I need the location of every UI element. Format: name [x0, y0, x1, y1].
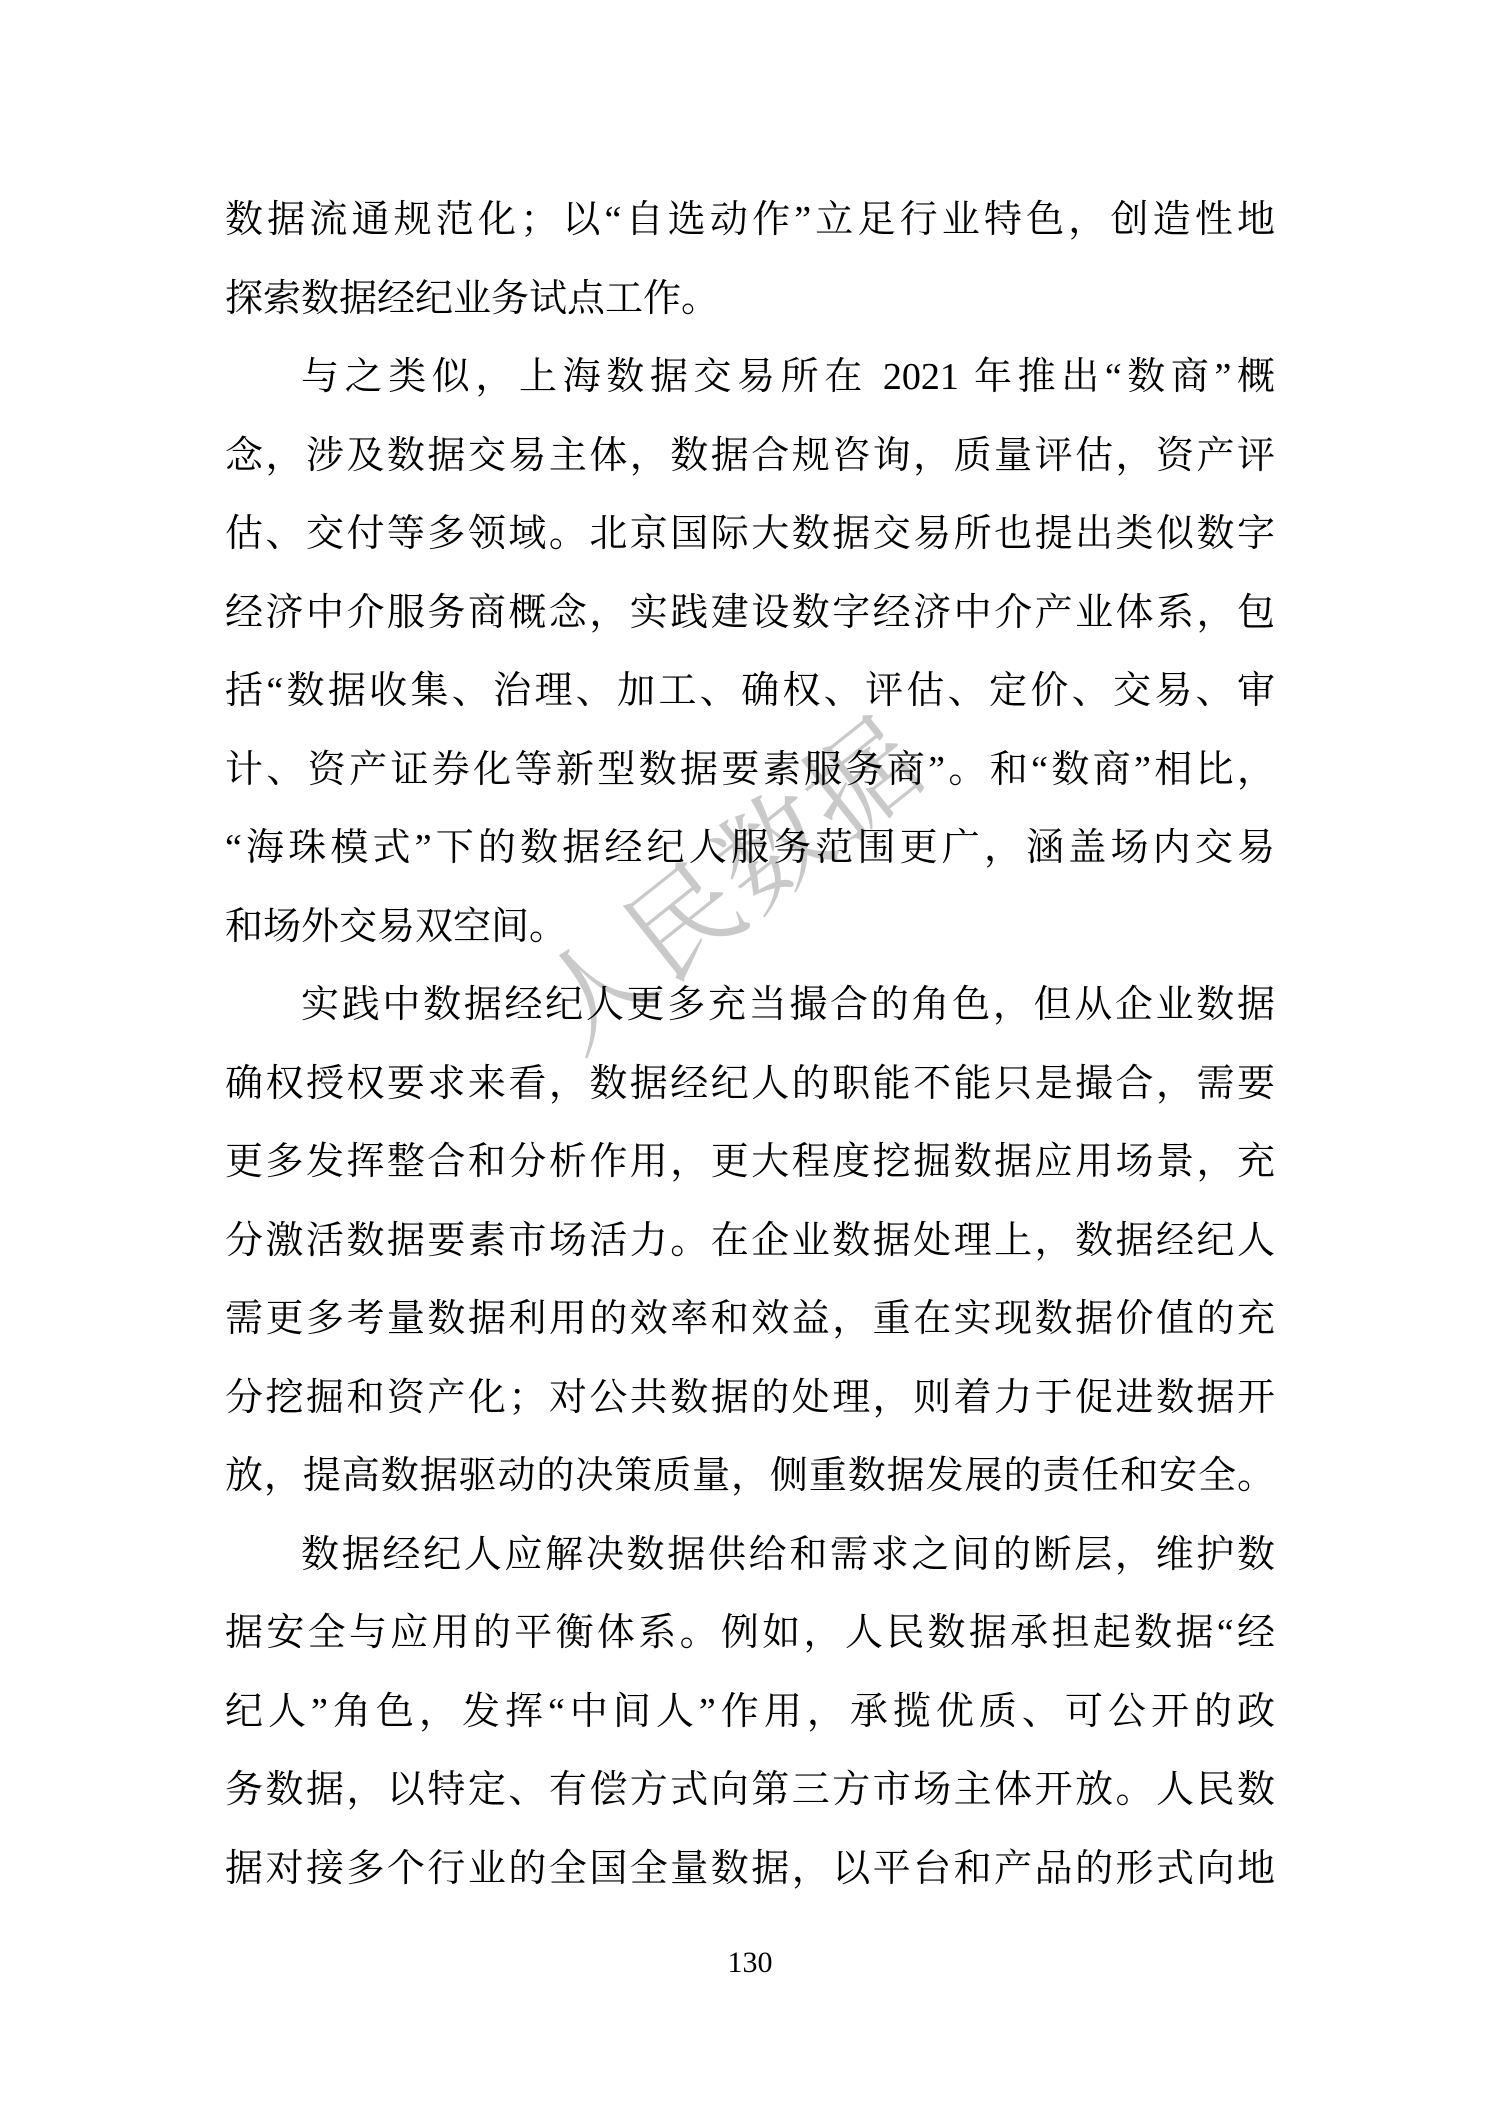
body-text: 数据流通规范化；以“自选动作”立足行业特色，创造性地 探索数据经纪业务试点工作。…: [225, 181, 1275, 1908]
text-line: 据对接多个行业的全国全量数据，以平台和产品的形式向地: [225, 1830, 1275, 1909]
text-line: “海珠模式”下的数据经纪人服务范围更广，涵盖场内交易: [225, 809, 1275, 888]
text-line: 括“数据收集、治理、加工、确权、评估、定价、交易、审: [225, 652, 1275, 731]
text-line: 纪人”角色，发挥“中间人”作用，承揽优质、可公开的政: [225, 1673, 1275, 1752]
text-line: 需更多考量数据利用的效率和效益，重在实现数据价值的充: [225, 1280, 1275, 1359]
text-line: 分激活数据要素市场活力。在企业数据处理上，数据经纪人: [225, 1202, 1275, 1281]
text-line: 实践中数据经纪人更多充当撮合的角色，但从企业数据: [225, 966, 1275, 1045]
text-line: 务数据，以特定、有偿方式向第三方市场主体开放。人民数: [225, 1751, 1275, 1830]
text-line: 计、资产证券化等新型数据要素服务商”。和“数商”相比，: [225, 731, 1275, 810]
text-line: 数据经纪人应解决数据供给和需求之间的断层，维护数: [225, 1516, 1275, 1595]
text-line: 确权授权要求来看，数据经纪人的职能不能只是撮合，需要: [225, 1045, 1275, 1124]
text-line: 与之类似，上海数据交易所在 2021 年推出“数商”概: [225, 338, 1275, 417]
text-line: 据安全与应用的平衡体系。例如，人民数据承担起数据“经: [225, 1594, 1275, 1673]
page-number: 130: [0, 1946, 1500, 1980]
document-page: 人民数据 数据流通规范化；以“自选动作”立足行业特色，创造性地 探索数据经纪业务…: [0, 0, 1500, 2121]
text-line: 经济中介服务商概念，实践建设数字经济中介产业体系，包: [225, 574, 1275, 653]
text-line: 念，涉及数据交易主体，数据合规咨询，质量评估，资产评: [225, 417, 1275, 496]
text-line: 探索数据经纪业务试点工作。: [225, 260, 1275, 339]
text-line: 估、交付等多领域。北京国际大数据交易所也提出类似数字: [225, 495, 1275, 574]
text-line: 数据流通规范化；以“自选动作”立足行业特色，创造性地: [225, 181, 1275, 260]
text-line: 分挖掘和资产化；对公共数据的处理，则着力于促进数据开: [225, 1359, 1275, 1438]
text-line: 更多发挥整合和分析作用，更大程度挖掘数据应用场景，充: [225, 1123, 1275, 1202]
text-line: 放，提高数据驱动的决策质量，侧重数据发展的责任和安全。: [225, 1437, 1275, 1516]
text-line: 和场外交易双空间。: [225, 888, 1275, 967]
